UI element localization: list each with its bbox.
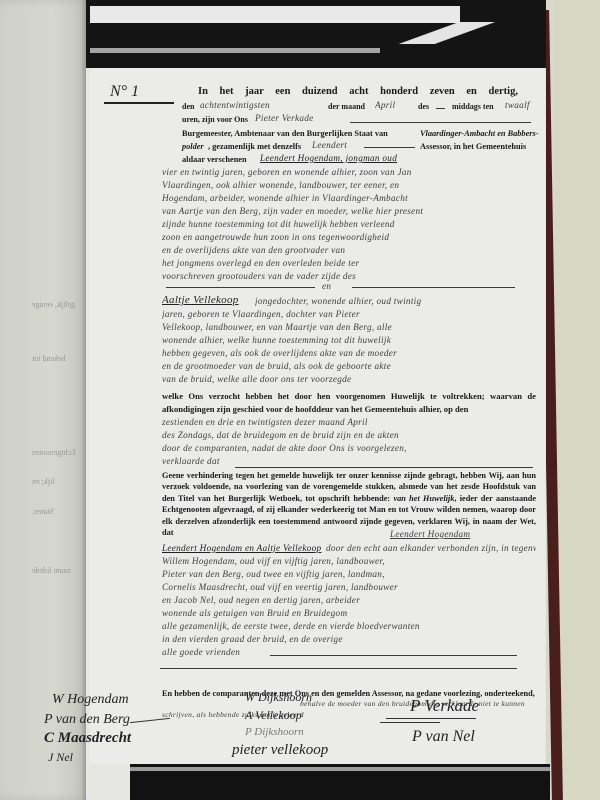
signature-center-1: W Dijkshoorn: [245, 690, 312, 705]
printed-paragraph-verzocht: welke Ons verzocht hebben het door hen v…: [162, 390, 536, 416]
handwritten-declaration-names: Leendert Hogendam en Aaltje Vellekoop: [162, 542, 322, 555]
signature-right-2: P van Nel: [412, 728, 475, 746]
top-dark-band: [86, 0, 546, 68]
handwritten-day: achtentwintigsten: [200, 99, 320, 112]
handwritten-line: verklaarde dat: [162, 455, 232, 468]
handwritten-line: wonende als getuigen van Bruid en Bruide…: [162, 607, 534, 620]
handwritten-line: van de bruid, welke alle door ons ter vo…: [162, 373, 462, 386]
handwritten-line: en de overlijdens akte van den grootvade…: [162, 244, 534, 257]
signature-center-4: pieter vellekoop: [232, 742, 328, 759]
handwritten-line: jongedochter, wonende alhier, oud twinti…: [255, 295, 535, 308]
mirror-text: naam lidede: [32, 566, 71, 575]
handwritten-official: Pieter Verkade: [255, 112, 345, 125]
handwritten-groom-name: Leendert Hogendam, jongman oud: [260, 152, 415, 165]
handwritten-month: April: [375, 99, 415, 112]
label-uren: uren, zijn voor Ons: [182, 114, 248, 126]
handwritten-line: in den vierden graad der bruid, en de ov…: [162, 633, 534, 646]
handwritten-line: jaren, geboren te Vlaardingen, dochter v…: [162, 308, 534, 321]
handwritten-line: Vlaardingen, ook alhier wonende, landbou…: [162, 179, 534, 192]
handwritten-hour: twaalf: [505, 99, 541, 112]
act-number-underline: [104, 102, 174, 104]
handwritten-line: Pieter van den Berg, oud twee en vijftig…: [162, 568, 534, 581]
handwritten-declaration-start: Leendert Hogendam: [390, 528, 530, 541]
signature-center-3: P Dijkshoorn: [245, 726, 304, 738]
opening-line: In het jaar een duizend acht honderd zev…: [198, 86, 528, 98]
handwritten-line: hebben gegeven, als ook de overlijdens a…: [162, 347, 534, 360]
label-middags: middags ten: [452, 101, 494, 113]
mirror-text: Staten.: [32, 507, 54, 516]
marriage-record: N° 1 In het jaar een duizend acht honder…: [90, 68, 545, 764]
handwritten-line: Hogendam, arbeider, wonende alhier in Vl…: [162, 192, 534, 205]
handwritten-line: alle goede vrienden: [162, 646, 262, 659]
handwritten-assessor: Leendert: [312, 139, 362, 152]
handwritten-line: alle gezamenlijk, de eerste twee, derde …: [162, 620, 534, 633]
label-den: den: [182, 101, 194, 113]
handwritten-line: Cornelis Maasdrecht, oud vijf en veertig…: [162, 581, 534, 594]
signature-left-4: J Nel: [48, 750, 73, 765]
act-number: N° 1: [110, 83, 139, 101]
handwritten-line: vier en twintig jaren, geboren en wonend…: [162, 166, 534, 179]
handwritten-bride-name: Aaltje Vellekoop: [162, 294, 252, 307]
handwritten-line: zestienden en drie en twintigsten dezer …: [162, 416, 534, 429]
mirror-text: lijk; en: [32, 477, 54, 486]
printed-polder: polder: [182, 141, 204, 153]
mirror-text: Echtgenooten: [32, 448, 76, 457]
handwritten-line: door den echt aan elkander verbonden zij…: [326, 542, 536, 555]
background-table: [555, 0, 600, 800]
handwritten-line: Vellekoop, landbouwer, en van Maartje va…: [162, 321, 534, 334]
handwritten-line: wonende alhier, welke hunne toestemming …: [162, 334, 534, 347]
printed-assessor: Assessor, in het Gemeentehuis: [420, 141, 526, 153]
handwritten-line: en Jacob Nel, oud negen en dertig jaren,…: [162, 594, 534, 607]
signature-left-1: W Hogendam: [52, 692, 129, 708]
handwritten-line: door de comparanten, nadat de akte door …: [162, 442, 534, 455]
signature-left-3: C Maasdrecht: [44, 730, 131, 747]
left-page: gelijk, eenige bekend tot Echtgenooten l…: [0, 0, 88, 800]
handwritten-line: voorschreven grootouders van de vader zi…: [162, 270, 462, 283]
signature-left-2: P van den Berg: [44, 712, 130, 728]
handwritten-line: Willem Hogendam, oud vijf en vijftig jar…: [162, 555, 534, 568]
handwritten-line: des Zondags, dat de bruidegom en de brui…: [162, 429, 534, 442]
handwritten-line: zijnde hunne toestemming tot dit huwelij…: [162, 218, 534, 231]
handwritten-line: zoon en aangetrouwde hun zoon in ons teg…: [162, 231, 534, 244]
printed-place: Vlaardinger-Ambacht en Babbers-: [420, 128, 538, 140]
separator-en: en: [322, 280, 346, 293]
label-des: des: [418, 101, 429, 113]
handwritten-line: van Aartje van den Berg, zijn vader en m…: [162, 205, 534, 218]
signature-right-1: P Verkade: [410, 696, 479, 716]
printed-verschenen: aldaar verschenen: [182, 154, 247, 166]
signature-center-2: A Vellekoop: [245, 708, 302, 723]
mirror-text: bekend tot: [32, 354, 66, 363]
bottom-dark-band: [130, 764, 550, 800]
mirror-text: gelijk, eenige: [32, 300, 75, 309]
handwritten-line: en de grootmoeder van de bruid, als ook …: [162, 360, 534, 373]
handwritten-line: het jongmens overlegd en den overleden b…: [162, 257, 534, 270]
